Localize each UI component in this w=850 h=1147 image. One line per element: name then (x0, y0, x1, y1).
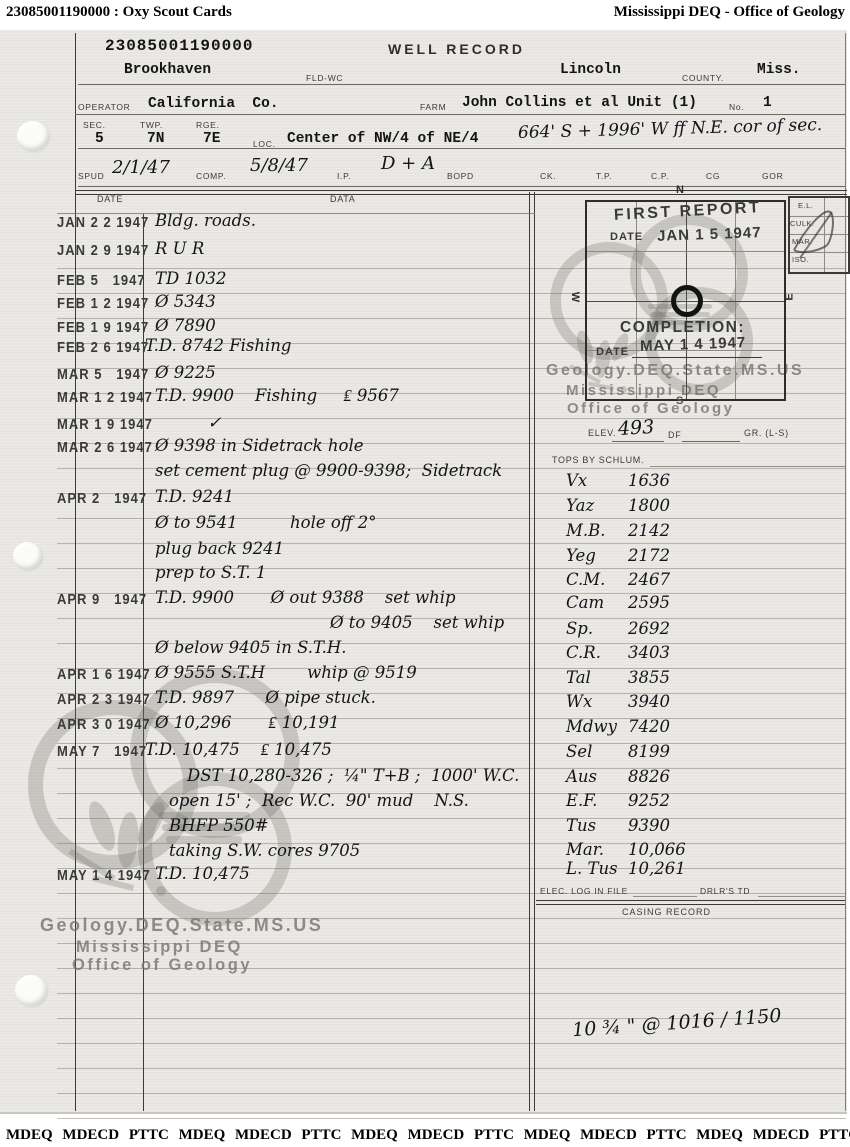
log-entry-text: plug back 9241 (155, 539, 284, 558)
compass-north-label: N (676, 184, 684, 196)
log-row: MAY 1 4 1947T.D. 10,475 (57, 864, 527, 890)
punch-hole-middle (13, 542, 42, 570)
compass-east-label: E (784, 293, 796, 300)
data-panel-divider-1 (529, 192, 530, 1111)
log-entry-text: prep to S.T. 1 (155, 563, 266, 582)
tops-row: Tus9390 (566, 816, 826, 840)
log-row: APR 2 3 1947T.D. 9897 Ø pipe stuck. (57, 688, 527, 714)
log-row: Ø to 9405 set whip (57, 613, 527, 639)
field-label: FLD-WC (306, 73, 343, 83)
watermark-text-geology-right: Office of Geology (567, 400, 735, 417)
log-entry-text: open 15' ; Rec W.C. 90' mud N.S. (169, 791, 469, 810)
log-entry-text: taking S.W. cores 9705 (169, 841, 360, 860)
tops-row: Sp.2692 (566, 619, 826, 643)
log-entry-text: T.D. 10,475 (155, 864, 250, 883)
casing-section-double-line (536, 900, 845, 905)
tops-row: Vx1636 (566, 471, 826, 495)
tops-row: C.M.2467 (566, 570, 826, 594)
cg-label: CG (706, 171, 720, 181)
formation-name: Aus (566, 767, 628, 786)
field-row-line (78, 84, 845, 85)
location-row-line (78, 148, 845, 149)
log-row: JAN 2 9 1947R U R (57, 239, 527, 265)
formation-depth: 8199 (628, 742, 670, 761)
tops-row: Sel8199 (566, 742, 826, 766)
watermark-text-deq-left: Mississippi DEQ (76, 938, 243, 957)
log-row: prep to S.T. 1 (57, 563, 527, 589)
well-no-label: No. (729, 102, 744, 112)
tops-row: Mdwy7420 (566, 717, 826, 741)
log-row: Ø to 9541 hole off 2° (57, 513, 527, 539)
formation-depth: 10,066 (628, 840, 686, 859)
punch-hole-top (17, 121, 49, 151)
scanned-well-record-page: 23085001190000 : Oxy Scout Cards Mississ… (0, 0, 850, 1147)
spud-label: SPUD (78, 171, 104, 181)
date-stamp: APR 2 1947 (57, 489, 147, 506)
punch-hole-bottom (15, 975, 47, 1006)
log-entry-text: Ø to 9405 set whip (330, 613, 504, 632)
completion-date-line (632, 357, 762, 358)
date-column-header: DATE (97, 194, 123, 204)
gr-label: GR. (L-S) (744, 428, 789, 438)
date-stamp: APR 9 1947 (57, 590, 147, 607)
log-entry-text: T.D. 9900 Fishing ₤ 9567 (155, 386, 399, 406)
data-column-header: DATA (330, 194, 355, 204)
formation-name: Tal (566, 668, 628, 687)
casing-record-label: CASING RECORD (622, 907, 711, 917)
formation-depth: 2595 (628, 593, 670, 612)
formation-name: C.M. (566, 570, 628, 589)
date-stamp: MAR 2 6 1947 (57, 438, 153, 455)
loc-label: LOC. (253, 139, 276, 149)
log-entry-text: R U R (155, 239, 204, 258)
comp-value: 5/8/47 (250, 155, 308, 176)
formation-depth: 2142 (628, 521, 670, 540)
date-stamp: MAR 5 1947 (57, 365, 149, 382)
log-entry-text: Ø below 9405 in S.T.H. (155, 638, 346, 657)
formation-name: Vx (566, 471, 628, 490)
api-number: 23085001190000 (105, 37, 253, 55)
formation-name: L. Tus (566, 859, 628, 878)
tp-label: T.P. (596, 171, 612, 181)
tops-row: Yaz1800 (566, 496, 826, 520)
date-stamp: JAN 2 9 1947 (57, 241, 149, 258)
drlrs-td-label: DRLR'S TD (700, 886, 750, 896)
formation-name: Mdwy (566, 717, 628, 736)
log-row: APR 2 1947T.D. 9241 (57, 487, 527, 513)
formation-name: M.B. (566, 521, 628, 540)
ck-label: CK. (540, 171, 556, 181)
formation-name: Yeg (566, 546, 628, 565)
log-row: APR 1 6 1947Ø 9555 S.T.H whip @ 9519 (57, 663, 527, 689)
cp-label: C.P. (651, 171, 669, 181)
date-stamp: MAR 1 2 1947 (57, 388, 153, 405)
log-entry-text: T.D. 9897 Ø pipe stuck. (155, 688, 376, 707)
card-title: WELL RECORD (388, 41, 525, 57)
comp-label: COMP. (196, 171, 226, 181)
completion-date-label: DATE (596, 346, 629, 358)
log-row: APR 9 1947T.D. 9900 Ø out 9388 set whip (57, 588, 527, 614)
log-entry-text: Ø 10,296 ₤ 10,191 (155, 713, 339, 733)
formation-depth: 3403 (628, 643, 670, 662)
page-footer: MDEQ MDECD PTTC MDEQ MDECD PTTC MDEQ MDE… (6, 1127, 850, 1144)
spud-value: 2/1/47 (112, 157, 170, 178)
log-row: MAR 2 6 1947Ø 9398 in Sidetrack hole (57, 436, 527, 462)
formation-name: Sel (566, 742, 628, 761)
log-entry-text: set cement plug @ 9900-9398; Sidetrack (155, 461, 502, 480)
state-value: Miss. (757, 62, 801, 78)
elev-line (612, 441, 664, 442)
tops-row: Tal3855 (566, 668, 826, 692)
twp-label: TWP. (140, 120, 163, 130)
date-stamp: FEB 1 2 1947 (57, 294, 149, 311)
tops-row: E.F.9252 (566, 791, 826, 815)
spud-row-line (78, 186, 845, 187)
ip-value: D + A (381, 153, 435, 174)
first-report-date-stamp: JAN 1 5 1947 (657, 224, 762, 245)
well-location-symbol (671, 285, 703, 317)
formation-name: Mar. (566, 840, 628, 859)
date-stamp: APR 3 0 1947 (57, 715, 151, 732)
page-header-right: Mississippi DEQ - Office of Geology (614, 4, 845, 21)
tops-label: TOPS BY SCHLUM. (552, 455, 644, 465)
log-row: APR 3 0 1947Ø 10,296 ₤ 10,191 (57, 713, 527, 739)
formation-depth: 1636 (628, 471, 670, 490)
operator-value: California Co. (148, 96, 279, 112)
operator-label: OPERATOR (78, 102, 131, 112)
formation-depth: 7420 (628, 717, 670, 736)
log-entry-text: T.D. 9900 Ø out 9388 set whip (155, 588, 456, 607)
formation-name: Yaz (566, 496, 628, 515)
date-stamp: FEB 5 1947 (57, 271, 146, 288)
twp-value: 7N (147, 131, 164, 147)
log-entry-text: Ø 7890 (155, 316, 216, 335)
formation-name: Wx (566, 692, 628, 711)
log-entry-text: Ø 5343 (155, 292, 216, 311)
log-entry-text: TD 1032 (155, 269, 226, 288)
sec-label: SEC. (83, 120, 106, 130)
formation-depth: 8826 (628, 767, 670, 786)
date-stamp: FEB 1 9 1947 (57, 318, 149, 335)
first-report-date-label: DATE (610, 231, 643, 243)
elev-value: 493 (617, 416, 654, 440)
operator-row-line (75, 114, 845, 115)
watermark-text-geology-left: Office of Geology (72, 956, 252, 975)
df-label: DF (668, 430, 681, 440)
tops-row: M.B.2142 (566, 521, 826, 545)
log-entry-text: Ø 9225 (155, 363, 216, 382)
log-row: plug back 9241 (57, 539, 527, 565)
df-line (682, 441, 740, 442)
watermark-text-url-left: Geology.DEQ.State.MS.US (40, 915, 323, 936)
farm-value: John Collins et al Unit (1) (462, 95, 697, 111)
log-row: BHFP 550# (57, 816, 527, 842)
date-stamp: APR 2 3 1947 (57, 690, 151, 707)
log-row: Ø below 9405 in S.T.H. (57, 638, 527, 664)
log-row: open 15' ; Rec W.C. 90' mud N.S. (57, 791, 527, 817)
formation-name: Cam (566, 593, 628, 612)
formation-name: Tus (566, 816, 628, 835)
formation-name: E.F. (566, 791, 628, 810)
log-entry-text: ✓ (155, 413, 221, 432)
well-no-value: 1 (763, 95, 772, 111)
log-row: JAN 2 2 1947Bldg. roads. (57, 211, 527, 237)
log-entry-text: BHFP 550# (169, 816, 269, 835)
formation-name: C.R. (566, 643, 628, 662)
elec-log-label: ELEC. LOG IN FILE (540, 886, 628, 896)
formation-depth: 9252 (628, 791, 670, 810)
log-entry-text: Ø 9555 S.T.H whip @ 9519 (155, 663, 417, 682)
formation-depth: 3855 (628, 668, 670, 687)
log-row: FEB 2 6 1947T.D. 8742 Fishing (57, 336, 527, 362)
tops-row: Aus8826 (566, 767, 826, 791)
log-entry-text: Bldg. roads. (155, 211, 256, 230)
log-entry-text: T.D. 8742 Fishing (145, 336, 291, 355)
date-stamp: MAY 1 4 1947 (57, 866, 151, 883)
tops-row: Cam2595 (566, 593, 826, 617)
formation-depth: 2172 (628, 546, 670, 565)
log-entry-text: T.D. 10,475 ₤ 10,475 (145, 740, 332, 760)
rge-value: 7E (203, 131, 220, 147)
elev-label: ELEV. (588, 428, 616, 438)
date-stamp: MAY 7 1947 (57, 742, 147, 759)
log-entry-text: T.D. 9241 (155, 487, 234, 506)
date-stamp: FEB 2 6 1947 (57, 338, 149, 355)
tops-row: Wx3940 (566, 692, 826, 716)
log-entry-text: Ø to 9541 hole off 2° (155, 513, 377, 532)
formation-depth: 2692 (628, 619, 670, 638)
elec-log-line (633, 896, 697, 897)
log-row: MAR 1 2 1947T.D. 9900 Fishing ₤ 9567 (57, 386, 527, 412)
log-row: set cement plug @ 9900-9398; Sidetrack (57, 461, 527, 487)
date-stamp: JAN 2 2 1947 (57, 213, 149, 230)
data-panel-divider-2 (534, 192, 535, 1111)
gor-label: GOR (762, 171, 783, 181)
log-row: FEB 1 2 1947Ø 5343 (57, 292, 527, 318)
county-value: Lincoln (560, 62, 621, 78)
bopd-label: BOPD (447, 171, 474, 181)
formation-depth: 10,261 (628, 859, 686, 878)
header-double-line (75, 190, 847, 195)
log-row: DST 10,280-326 ; ¼" T+B ; 1000' W.C. (57, 766, 527, 792)
county-label: COUNTY. (682, 73, 724, 83)
tops-row: Yeg2172 (566, 546, 826, 570)
tops-row: L. Tus10,261 (566, 859, 826, 883)
date-stamp: MAR 1 9 1947 (57, 415, 153, 432)
log-row: MAY 7 1947T.D. 10,475 ₤ 10,475 (57, 740, 527, 766)
formation-depth: 9390 (628, 816, 670, 835)
log-entry-text: DST 10,280-326 ; ¼" T+B ; 1000' W.C. (187, 766, 519, 785)
drlrs-td-line (758, 896, 845, 897)
ip-label: I.P. (337, 171, 351, 181)
formation-depth: 1800 (628, 496, 670, 515)
farm-label: FARM (420, 102, 446, 112)
field-value: Brookhaven (124, 62, 211, 78)
date-stamp: APR 1 6 1947 (57, 665, 151, 682)
page-header-left: 23085001190000 : Oxy Scout Cards (6, 4, 232, 21)
tops-row: C.R.3403 (566, 643, 826, 667)
loc-typed-value: Center of NW/4 of NE/4 (287, 131, 478, 147)
formation-name: Sp. (566, 619, 628, 638)
log-status-scribble (786, 198, 848, 270)
sec-value: 5 (95, 131, 104, 147)
log-entry-text: Ø 9398 in Sidetrack hole (155, 436, 364, 455)
compass-south-label: S (676, 395, 683, 407)
compass-west-label: W (569, 292, 581, 302)
tops-line (650, 466, 845, 467)
formation-depth: 3940 (628, 692, 670, 711)
rge-label: RGE. (196, 120, 220, 130)
formation-depth: 2467 (628, 570, 670, 589)
